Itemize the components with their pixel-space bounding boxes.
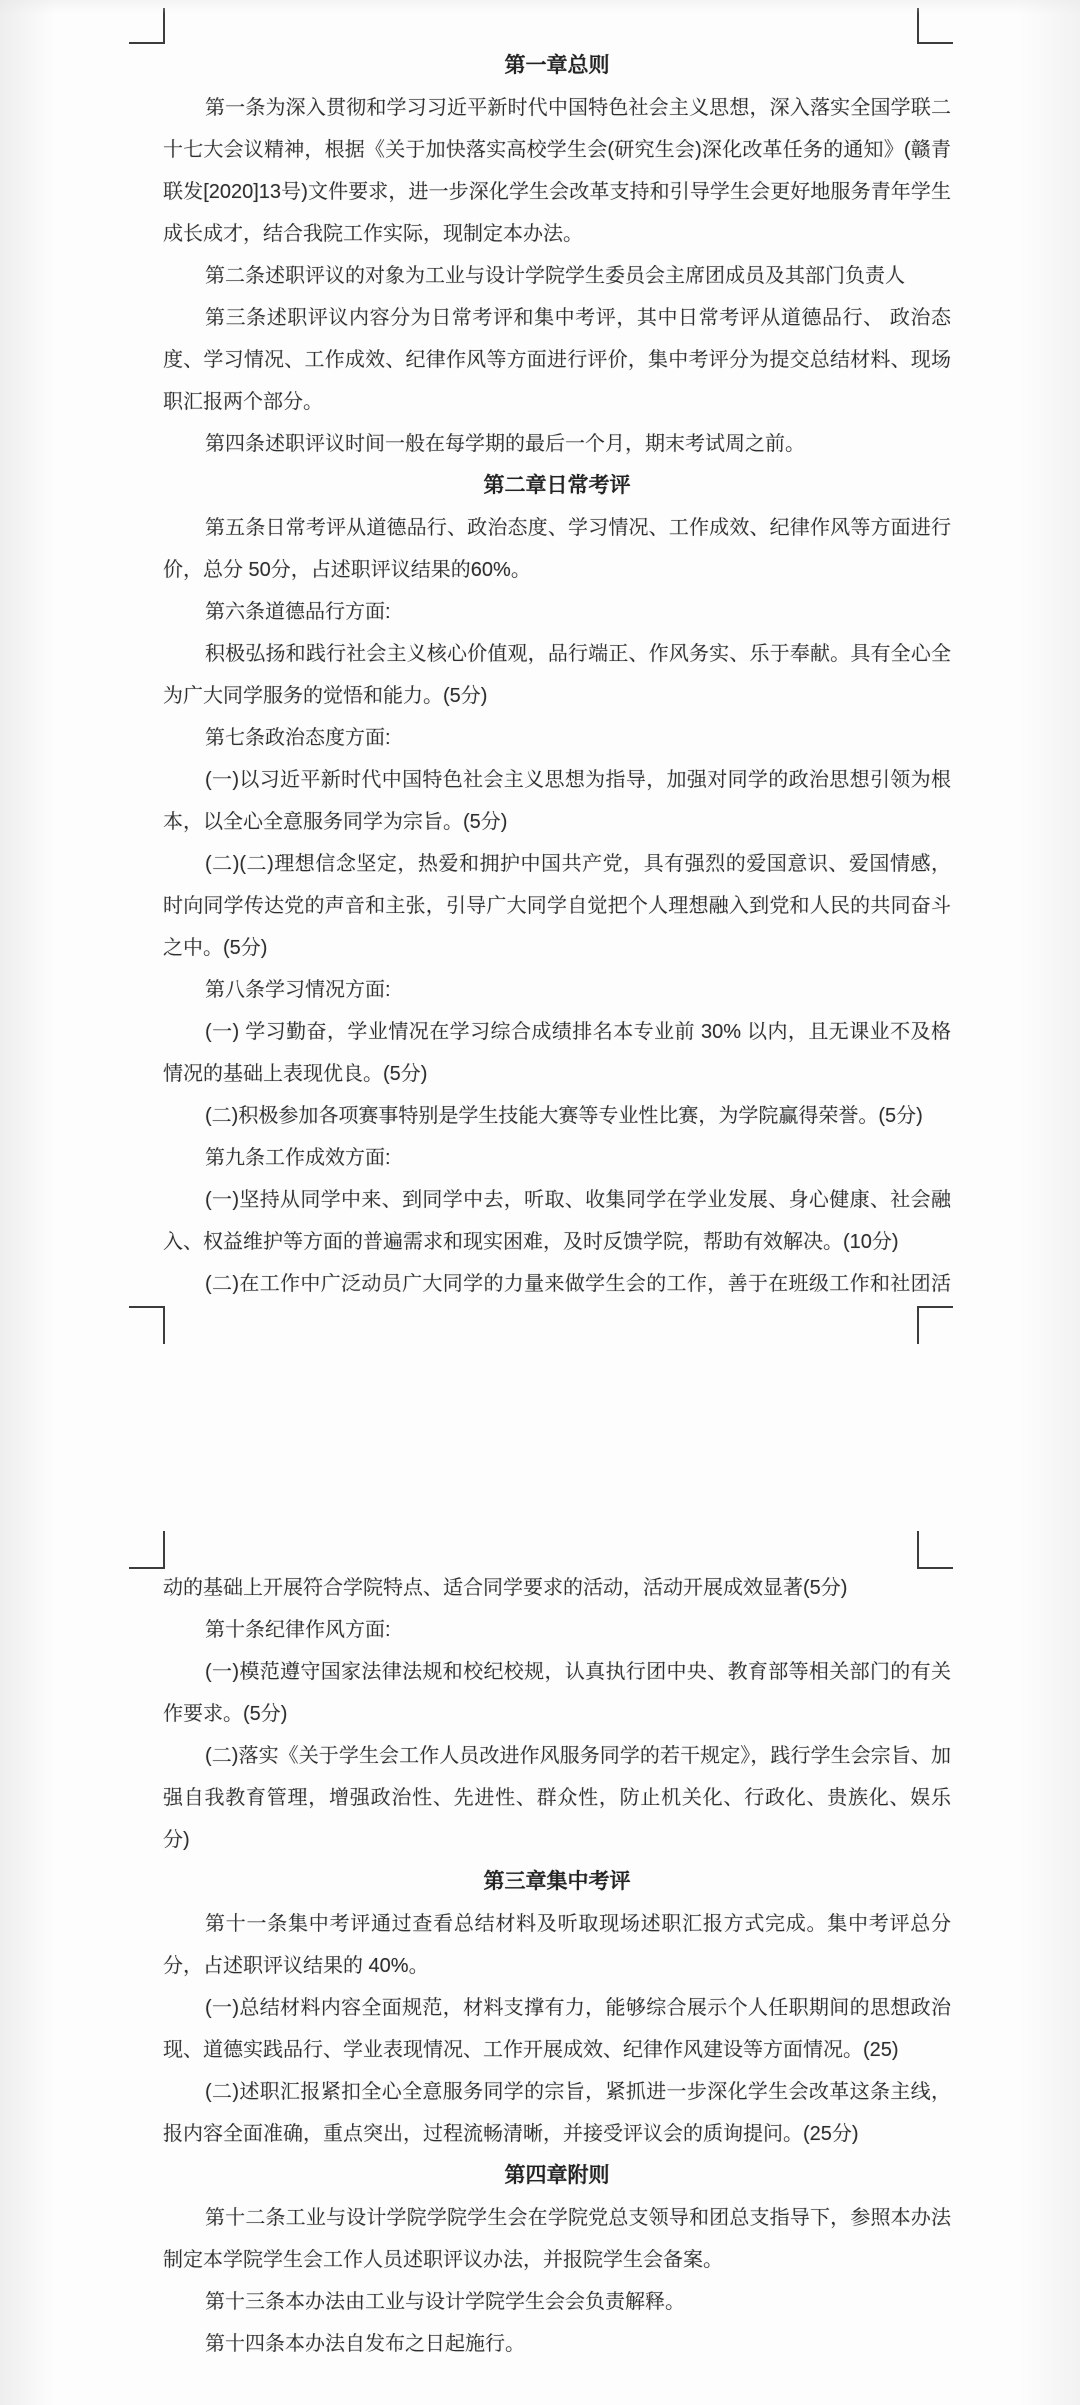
document-line: (一)总结材料内容全面规范，材料支撑有力，能够综合展示个人任职期间的思想政治表 <box>163 1987 951 2029</box>
document-line: (一) 学习勤奋，学业情况在学习综合成绩排名本专业前 30% 以内，且无课业不及… <box>163 1011 951 1053</box>
document-line: 第十条纪律作风方面: <box>163 1609 951 1651</box>
chapter-heading: 第一章总则 <box>163 45 951 87</box>
document-line: 十七大会议精神，根据《关于加快落实高校学生会(研究生会)深化改革任务的通知》(赣… <box>163 129 951 171</box>
document-line: 第二条述职评议的对象为工业与设计学院学生委员会主席团成员及其部门负责人 <box>163 255 951 297</box>
document-line: (一)模范遵守国家法律法规和校纪校规，认真执行团中央、教育部等相关部门的有关工 <box>163 1651 951 1693</box>
document-line: 第九条工作成效方面: <box>163 1137 951 1179</box>
document-line: 制定本学院学生会工作人员述职评议办法，并报院学生会备案。 <box>163 2239 951 2281</box>
document-line: 价，总分 50分，占述职评议结果的60%。 <box>163 549 951 591</box>
document-line: 现、道德实践品行、学业表现情况、工作开展成效、纪律作风建设等方面情况。(25) <box>163 2029 951 2071</box>
page-2-text: 动的基础上开展符合学院特点、适合同学要求的活动，活动开展成效显著(5分)第十条纪… <box>163 1567 951 2365</box>
document-line: 分) <box>163 1819 951 1861</box>
crop-mark-page1-bottom-left <box>129 1306 165 1344</box>
document-line: (二)在工作中广泛动员广大同学的力量来做学生会的工作，善于在班级工作和社团活 <box>163 1263 951 1305</box>
document-line: 第六条道德品行方面: <box>163 591 951 633</box>
document-line: 时向同学传达党的声音和主张，引导广大同学自觉把个人理想融入到党和人民的共同奋斗 <box>163 885 951 927</box>
chapter-heading: 第三章集中考评 <box>163 1861 951 1903</box>
document-line: 动的基础上开展符合学院特点、适合同学要求的活动，活动开展成效显著(5分) <box>163 1567 951 1609</box>
document-line: 报内容全面准确，重点突出，过程流畅清晰，并接受评议会的质询提问。(25分) <box>163 2113 951 2155</box>
document-line: 第四条述职评议时间一般在每学期的最后一个月，期末考试周之前。 <box>163 423 951 465</box>
crop-mark-page1-top-left <box>129 8 165 44</box>
chapter-heading: 第四章附则 <box>163 2155 951 2197</box>
document-line: (一)坚持从同学中来、到同学中去，听取、收集同学在学业发展、身心健康、社会融 <box>163 1179 951 1221</box>
document-line: 联发[2020]13号)文件要求，进一步深化学生会改革支持和引导学生会更好地服务… <box>163 171 951 213</box>
document-line: 本，以全心全意服务同学为宗旨。(5分) <box>163 801 951 843</box>
document-line: (二)积极参加各项赛事特别是学生技能大赛等专业性比赛，为学院赢得荣誉。(5分) <box>163 1095 951 1137</box>
document-line: 度、学习情况、工作成效、纪律作风等方面进行评价，集中考评分为提交总结材料、现场述 <box>163 339 951 381</box>
document-line: 第十二条工业与设计学院学院学生会在学院党总支领导和团总支指导下，参照本办法 <box>163 2197 951 2239</box>
document-line: 入、权益维护等方面的普遍需求和现实困难，及时反馈学院，帮助有效解决。(10分) <box>163 1221 951 1263</box>
document-line: 第十四条本办法自发布之日起施行。 <box>163 2323 951 2365</box>
document-line: (二)(二)理想信念坚定，热爱和拥护中国共产党，具有强烈的爱国意识、爱国情感， … <box>163 843 951 885</box>
document-line: (一)以习近平新时代中国特色社会主义思想为指导，加强对同学的政治思想引领为根 <box>163 759 951 801</box>
document-line: 为广大同学服务的觉悟和能力。(5分) <box>163 675 951 717</box>
document-line: 第十三条本办法由工业与设计学院学生会会负责解释。 <box>163 2281 951 2323</box>
crop-mark-page1-bottom-right <box>917 1306 953 1344</box>
document-line: 第七条政治态度方面: <box>163 717 951 759</box>
document-line: 分，占述职评议结果的 40%。 <box>163 1945 951 1987</box>
document-line: 第十一条集中考评通过查看总结材料及听取现场述职汇报方式完成。集中考评总分 50 <box>163 1903 951 1945</box>
document-line: 积极弘扬和践行社会主义核心价值观，品行端正、作风务实、乐于奉献。具有全心全意 <box>163 633 951 675</box>
crop-mark-page2-top-left <box>129 1531 165 1569</box>
scanned-document: 第一章总则第一条为深入贯彻和学习习近平新时代中国特色社会主义思想，深入落实全国学… <box>0 0 1080 2405</box>
crop-mark-page2-top-right <box>917 1531 953 1569</box>
document-line: 情况的基础上表现优良。(5分) <box>163 1053 951 1095</box>
document-line: 成长成才，结合我院工作实际，现制定本办法。 <box>163 213 951 255</box>
document-line: 第一条为深入贯彻和学习习近平新时代中国特色社会主义思想，深入落实全国学联二 <box>163 87 951 129</box>
document-line: 强自我教育管理，增强政治性、先进性、群众性，防止机关化、行政化、贵族化、娱乐化。… <box>163 1777 951 1819</box>
document-line: 第八条学习情况方面: <box>163 969 951 1011</box>
document-line: (二)述职汇报紧扣全心全意服务同学的宗旨，紧抓进一步深化学生会改革这条主线，汇 <box>163 2071 951 2113</box>
document-line: (二)落实《关于学生会工作人员改进作风服务同学的若干规定》，践行学生会宗旨、加 <box>163 1735 951 1777</box>
crop-mark-page1-top-right <box>917 8 953 44</box>
page-1-text: 第一章总则第一条为深入贯彻和学习习近平新时代中国特色社会主义思想，深入落实全国学… <box>163 45 951 1305</box>
document-line: 作要求。(5分) <box>163 1693 951 1735</box>
document-line: 第五条日常考评从道德品行、政治态度、学习情况、工作成效、纪律作风等方面进行评 <box>163 507 951 549</box>
document-line: 第三条述职评议内容分为日常考评和集中考评，其中日常考评从道德品行、 政治态 <box>163 297 951 339</box>
document-line: 之中。(5分) <box>163 927 951 969</box>
document-line: 职汇报两个部分。 <box>163 381 951 423</box>
chapter-heading: 第二章日常考评 <box>163 465 951 507</box>
